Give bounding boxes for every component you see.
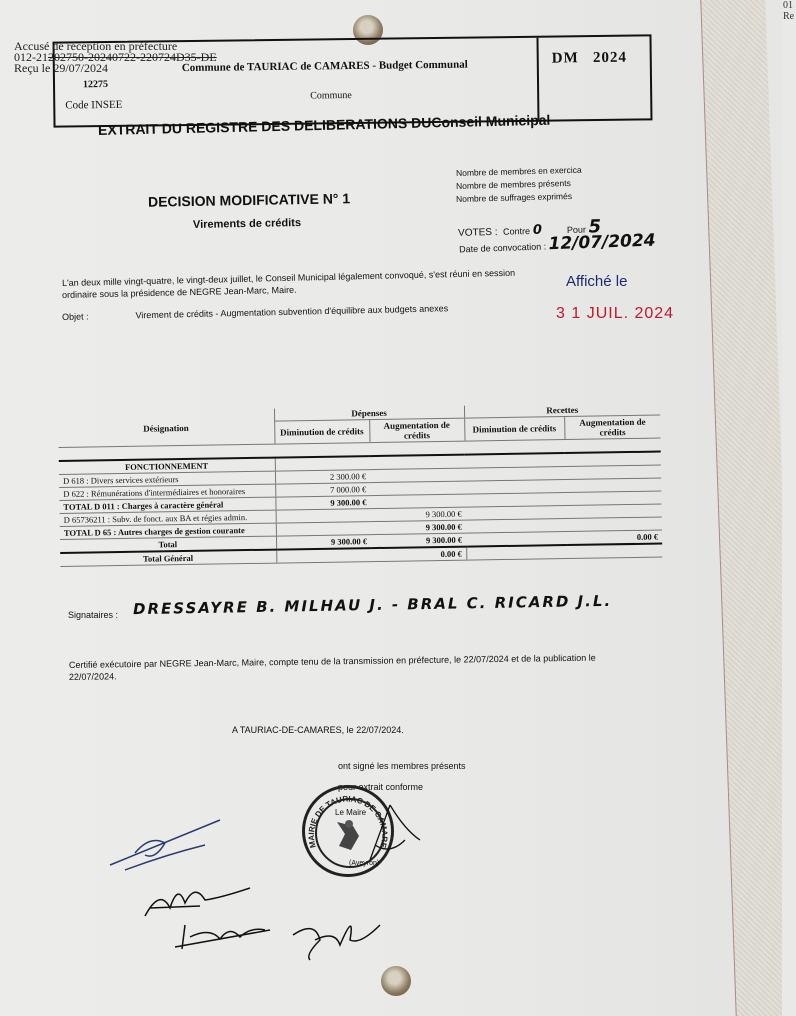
- certification-line-2: 22/07/2024.: [69, 671, 117, 682]
- insee-code: 12275: [83, 79, 108, 90]
- signature-1-icon: [105, 815, 225, 875]
- commune-label: Commune: [310, 90, 352, 102]
- posted-label: Affiché le: [566, 273, 627, 290]
- col-rev-decrease: Diminution de crédits: [464, 417, 564, 442]
- mayor-signature-icon: [350, 800, 430, 870]
- posted-date: 3 1 JUIL. 2024: [556, 305, 674, 323]
- budget-table: Désignation Dépenses Recettes Diminution…: [58, 403, 662, 567]
- signature-3-icon: [170, 915, 280, 955]
- convocation-label: Date de convocation :: [459, 241, 546, 254]
- grand-total-label: Total Général: [60, 550, 276, 567]
- dm-label: DM: [552, 50, 579, 66]
- spacer: [91, 318, 133, 319]
- commune-title: Commune de TAURIAC de CAMARES - Budget C…: [182, 59, 468, 74]
- council-text: Conseil Municipal: [431, 112, 550, 131]
- cell: [466, 544, 662, 561]
- year: 2024: [593, 50, 627, 66]
- col-exp-increase: Augmentation de crédits: [369, 418, 464, 442]
- object-label: Objet :: [62, 311, 89, 322]
- punch-hole-bottom: [381, 966, 411, 996]
- edge-text-line: Re: [783, 11, 794, 22]
- grand-total-exp: 0.00 €: [276, 547, 466, 563]
- insee-label: Code INSEE: [65, 99, 122, 112]
- header-divider: [536, 38, 539, 120]
- signed-by: ont signé les membres présents: [338, 761, 466, 771]
- convocation-date: 12/07/2024: [548, 231, 656, 255]
- col-exp-decrease: Diminution de crédits: [274, 420, 369, 444]
- reception-stamp: Accusé de réception en préfecture 012-21…: [14, 41, 217, 74]
- decision-subtitle: Virements de crédits: [193, 217, 301, 231]
- signature-4-icon: [285, 905, 385, 965]
- edge-text-line: 01: [783, 0, 794, 11]
- reception-date: Reçu le 29/07/2024: [14, 63, 217, 74]
- dm-year: DM 2024: [552, 50, 627, 68]
- background-sheet: [782, 0, 796, 1016]
- place-date: A TAURIAC-DE-CAMARES, le 22/07/2024.: [232, 725, 404, 735]
- table-body: D 618 : Divers services extérieurs2 300.…: [59, 465, 662, 539]
- signatories-label: Signataires :: [68, 610, 118, 620]
- edge-text: 01Re: [783, 0, 794, 22]
- col-designation: Désignation: [58, 409, 275, 448]
- col-rev-increase: Augmentation de crédits: [564, 415, 660, 440]
